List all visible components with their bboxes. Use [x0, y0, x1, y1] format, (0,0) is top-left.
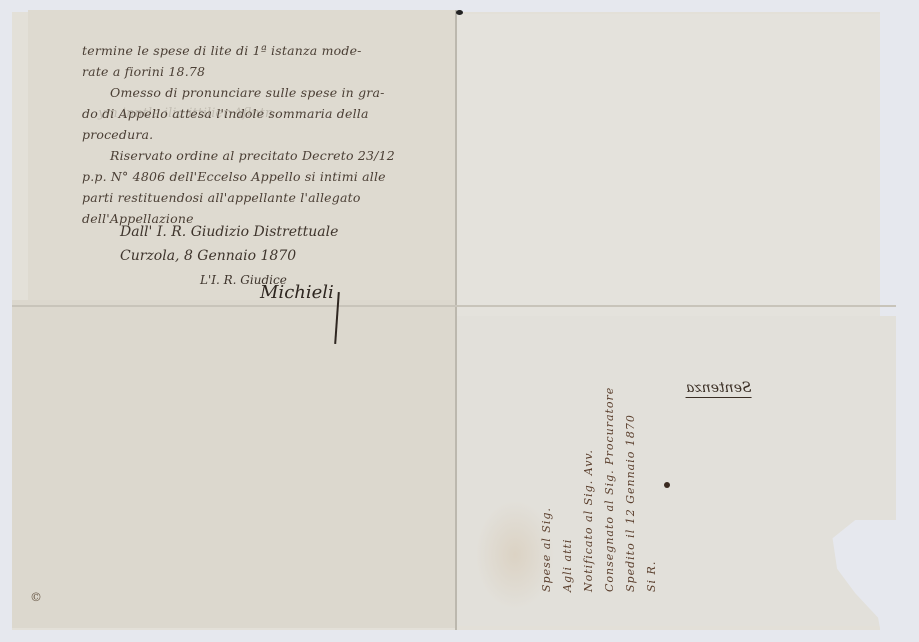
body-line: rate a fiorini 18.78	[82, 61, 462, 82]
panel-bottom-left	[12, 300, 456, 628]
endorsement-title: Sentenza	[686, 380, 752, 398]
bleed-through-text: ym inntle ilia ittilier Aflntn	[98, 106, 273, 121]
body-line: termine le spese di lite di 1ª istanza m…	[82, 40, 462, 61]
place-date: Curzola, 8 Gennaio 1870	[120, 244, 338, 268]
signature: Michieli	[260, 282, 334, 303]
pin-icon	[456, 10, 463, 15]
vertical-note: Consegnato al Sig. Procuratore	[603, 312, 616, 592]
body-line: Riservato ordine al precitato Decreto 23…	[82, 145, 462, 166]
vertical-note: Spedito il 12 Gennaio 1870	[624, 312, 637, 592]
vertical-note: Spese al Sig.	[540, 312, 553, 592]
ink-blot	[664, 482, 670, 488]
body-line: p.p. N° 4806 dell'Eccelso Appello si int…	[82, 166, 462, 187]
court-name: Dall' I. R. Giudizio Distrettuale	[120, 220, 338, 244]
vertical-note: Agli atti	[561, 312, 574, 592]
body-line: Omesso di pronunciare sulle spese in gra…	[82, 82, 462, 103]
body-line: procedura.	[82, 124, 462, 145]
corner-mark: ©	[30, 590, 42, 604]
vertical-note: Si R.	[645, 312, 658, 592]
vertical-notes: Spese al Sig. Agli atti Notificato al Si…	[540, 312, 658, 592]
decree-body: termine le spese di lite di 1ª istanza m…	[82, 40, 462, 229]
horizontal-fold	[12, 305, 896, 307]
body-line: parti restituendosi all'appellante l'all…	[82, 187, 462, 208]
vertical-note: Notificato al Sig. Avv.	[582, 312, 595, 592]
panel-top-right	[456, 14, 880, 316]
